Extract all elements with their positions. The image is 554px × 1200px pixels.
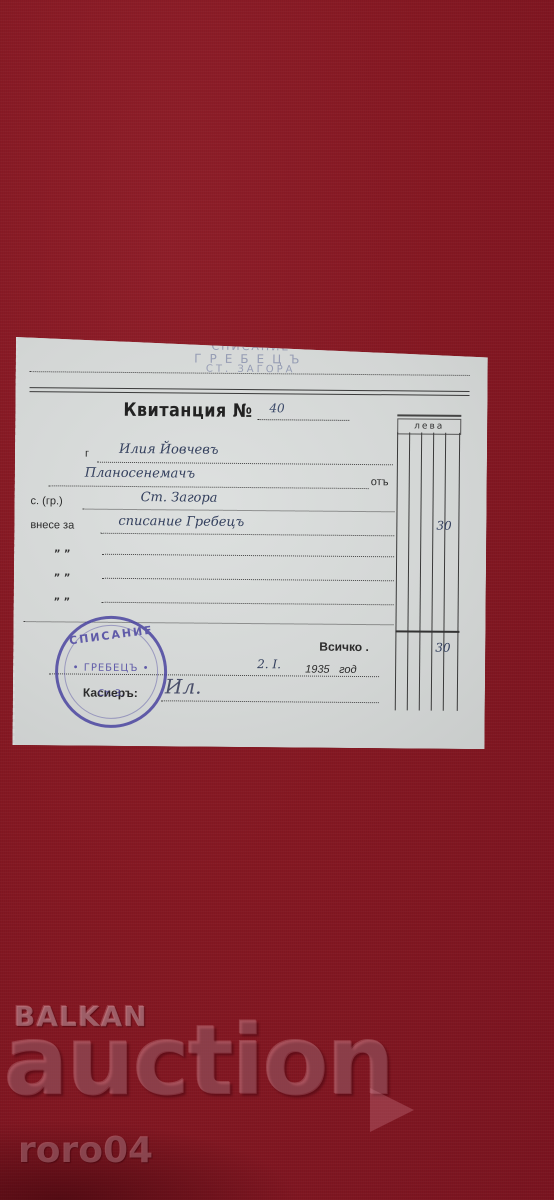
town-label: с. (гр.) [31, 495, 63, 507]
leva-vline [431, 433, 435, 711]
ditto-dotted-line-3 [102, 602, 394, 606]
stamp-middle-text: • ГРЕБЕЦЪ • [58, 662, 164, 674]
leva-amount-row1: 30 [436, 519, 451, 533]
leva-vline [457, 433, 461, 711]
ditto-dotted-line-1 [102, 554, 394, 558]
leva-total: 30 [435, 641, 450, 655]
total-label: Всичко . [319, 640, 369, 654]
receipt-title: Квитанция № [123, 399, 252, 422]
watermark-brand-top: BALKAN [14, 1000, 148, 1033]
leva-top-rule [397, 414, 461, 417]
g-label: г [85, 448, 89, 460]
leva-vline [443, 433, 447, 711]
paid-for-dotted-line [100, 533, 394, 537]
g-dotted-line [97, 462, 393, 466]
leva-vline [407, 432, 411, 710]
round-ink-stamp: СПИСАНИЕ • ГРЕБЕЦЪ • Ст. З. [55, 615, 168, 728]
paid-for-value: списание Гребецъ [118, 514, 244, 530]
cashier-signature: Ил. [165, 674, 202, 698]
leva-vline [419, 433, 423, 711]
header-stamp: СПИСАНИЕ ГРЕБЕЦЪ СТ. ЗАГОРА [166, 340, 336, 376]
leva-column-table: лева 30 30 [395, 414, 462, 711]
date-day-month: 2. I. [257, 657, 281, 671]
town-dotted-line [82, 509, 394, 513]
ditto-mark-3: „ „ [54, 591, 71, 602]
fabric-shadow [0, 1120, 300, 1200]
leva-total-separator [395, 630, 459, 633]
stamp-bottom-text: Ст. З. [58, 688, 164, 699]
date-year: 1935 [305, 664, 330, 676]
leva-header: лева [397, 418, 461, 435]
ot-label: отъ [371, 476, 389, 488]
cashier-dotted-line [161, 700, 379, 703]
play-triangle-icon [370, 1088, 414, 1132]
watermark-brand-main: auction [4, 1005, 393, 1117]
payer-line2-dotted [49, 485, 369, 489]
paid-for-label: внесе за [30, 519, 74, 531]
receipt-document: СПИСАНИЕ ГРЕБЕЦЪ СТ. ЗАГОРА Квитанция № … [12, 337, 488, 749]
ditto-dotted-line-2 [102, 578, 394, 582]
date-suffix: год [339, 664, 357, 676]
payer-name: Илия Йовчевъ [119, 442, 219, 458]
leva-vline [395, 432, 399, 710]
payer-occupation: Планосенемачъ [85, 466, 195, 482]
header-double-rule [30, 387, 470, 396]
receipt-number: 40 [257, 401, 349, 421]
ditto-mark-2: „ „ [54, 567, 71, 578]
ditto-mark-1: „ „ [54, 543, 71, 554]
header-stamp-line3: СТ. ЗАГОРА [166, 364, 336, 376]
town-value: Ст. Загора [141, 490, 218, 506]
